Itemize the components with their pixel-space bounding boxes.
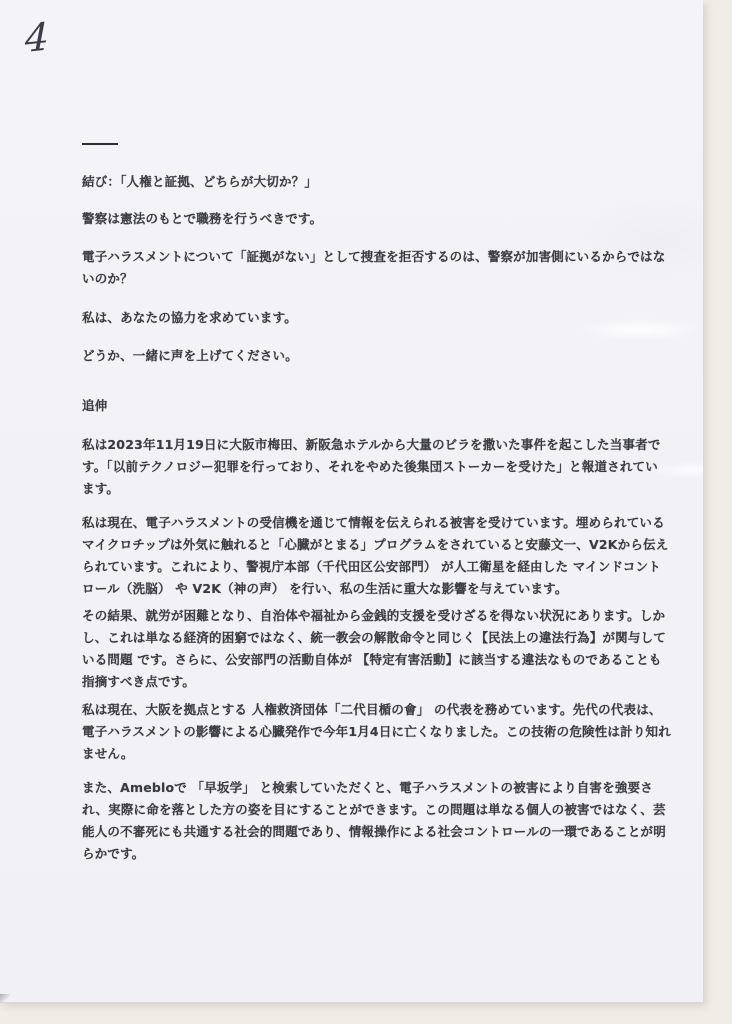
text-line: マイクロチップは外気に触れると「心臓がとまる」プログラムをされていると安藤文一、… — [82, 534, 682, 556]
text-line: 私は現在、大阪を拠点とする 人権救済団体「二代目楯の會」 の代表を務めています。… — [82, 699, 682, 721]
closing-heading: 結び：「人権と証拠、どちらが大切か？」 — [82, 171, 682, 193]
text-line: その結果、就労が困難となり、自治体や福祉から金銭的支援を受けざるを得ない状況にあ… — [82, 605, 682, 627]
text-line: 警察は憲法のもとで職務を行うべきです。 — [82, 208, 682, 230]
text-line: し、これは単なる経済的困窮ではなく、統一教会の解散命令と同じく【民法上の違法行為… — [82, 627, 682, 649]
text-line: 電子ハラスメントの影響による心臓発作で今年1月4日に亡くなりました。この技術の危… — [82, 721, 682, 743]
text-line: 指摘すべき点です。 — [82, 671, 682, 693]
text-line: いる問題 です。さらに、公安部門の活動自体が 【特定有害活動】に該当する違法なも… — [82, 649, 682, 671]
para-electronic-harassment: 私は現在、電子ハラスメントの受信機を通じて情報を伝えられる被害を受けています。埋… — [82, 512, 682, 600]
text-line: 私は2023年11月19日に大阪市梅田、新阪急ホテルから大量のビラを撒いた事件を… — [82, 434, 682, 456]
para-organization: 私は現在、大阪を拠点とする 人権救済団体「二代目楯の會」 の代表を務めています。… — [82, 699, 682, 765]
text-line: 私は、あなたの協力を求めています。 — [82, 307, 682, 329]
text-line: ません。 — [82, 743, 682, 765]
page-corner-shadow — [0, 994, 10, 1003]
document-blocks: 結び：「人権と証拠、どちらが大切か？」警察は憲法のもとで職務を行うべきです。電子… — [0, 0, 703, 1002]
text-line: 追伸 — [82, 395, 682, 417]
scanned-page: 4 結び：「人権と証拠、どちらが大切か？」警察は憲法のもとで職務を行うべきです。… — [0, 0, 703, 1002]
text-line: 私は現在、電子ハラスメントの受信機を通じて情報を伝えられる被害を受けています。埋… — [82, 512, 682, 534]
text-line: いのか？ — [82, 268, 682, 290]
text-line: 結び：「人権と証拠、どちらが大切か？」 — [82, 171, 682, 193]
text-line: られています。これにより、警視庁本部（千代田区公安部門） が人工衛星を経由した … — [82, 556, 682, 578]
text-line: また、Amebloで 「早坂学」 と検索していただくと、電子ハラスメントの被害に… — [82, 777, 682, 799]
text-line: 能人の不審死にも共通する社会的問題であり、情報操作による社会コントロールの一環で… — [82, 821, 682, 843]
text-line: ロール（洗脳） や V2K（神の声） を行い、私の生活に重大な影響を与えています… — [82, 578, 682, 600]
para-flyer-incident: 私は2023年11月19日に大阪市梅田、新阪急ホテルから大量のビラを撒いた事件を… — [82, 434, 682, 500]
text-line: す。「以前テクノロジー犯罪を行っており、それをやめた後集団ストーカーを受けた」と… — [82, 456, 682, 478]
para-police-duty: 警察は憲法のもとで職務を行うべきです。 — [82, 208, 682, 230]
text-line: らかです。 — [82, 843, 682, 865]
para-investigation-refusal: 電子ハラスメントについて「証拠がない」として捜査を拒否するのは、警察が加害側にい… — [82, 246, 682, 290]
para-ameblo-search: また、Amebloで 「早坂学」 と検索していただくと、電子ハラスメントの被害に… — [82, 777, 682, 865]
text-line: れ、実際に命を落とした方の姿を目にすることができます。この問題は単なる個人の被害… — [82, 799, 682, 821]
text-line: 電子ハラスメントについて「証拠がない」として捜査を拒否するのは、警察が加害側にい… — [82, 246, 682, 268]
text-line: ます。 — [82, 478, 682, 500]
para-consequences: その結果、就労が困難となり、自治体や福祉から金銭的支援を受けざるを得ない状況にあ… — [82, 605, 682, 693]
postscript-heading: 追伸 — [82, 395, 682, 417]
para-raise-voice: どうか、一緒に声を上げてください。 — [82, 345, 682, 367]
para-request-cooperation: 私は、あなたの協力を求めています。 — [82, 307, 682, 329]
text-line: どうか、一緒に声を上げてください。 — [82, 345, 682, 367]
